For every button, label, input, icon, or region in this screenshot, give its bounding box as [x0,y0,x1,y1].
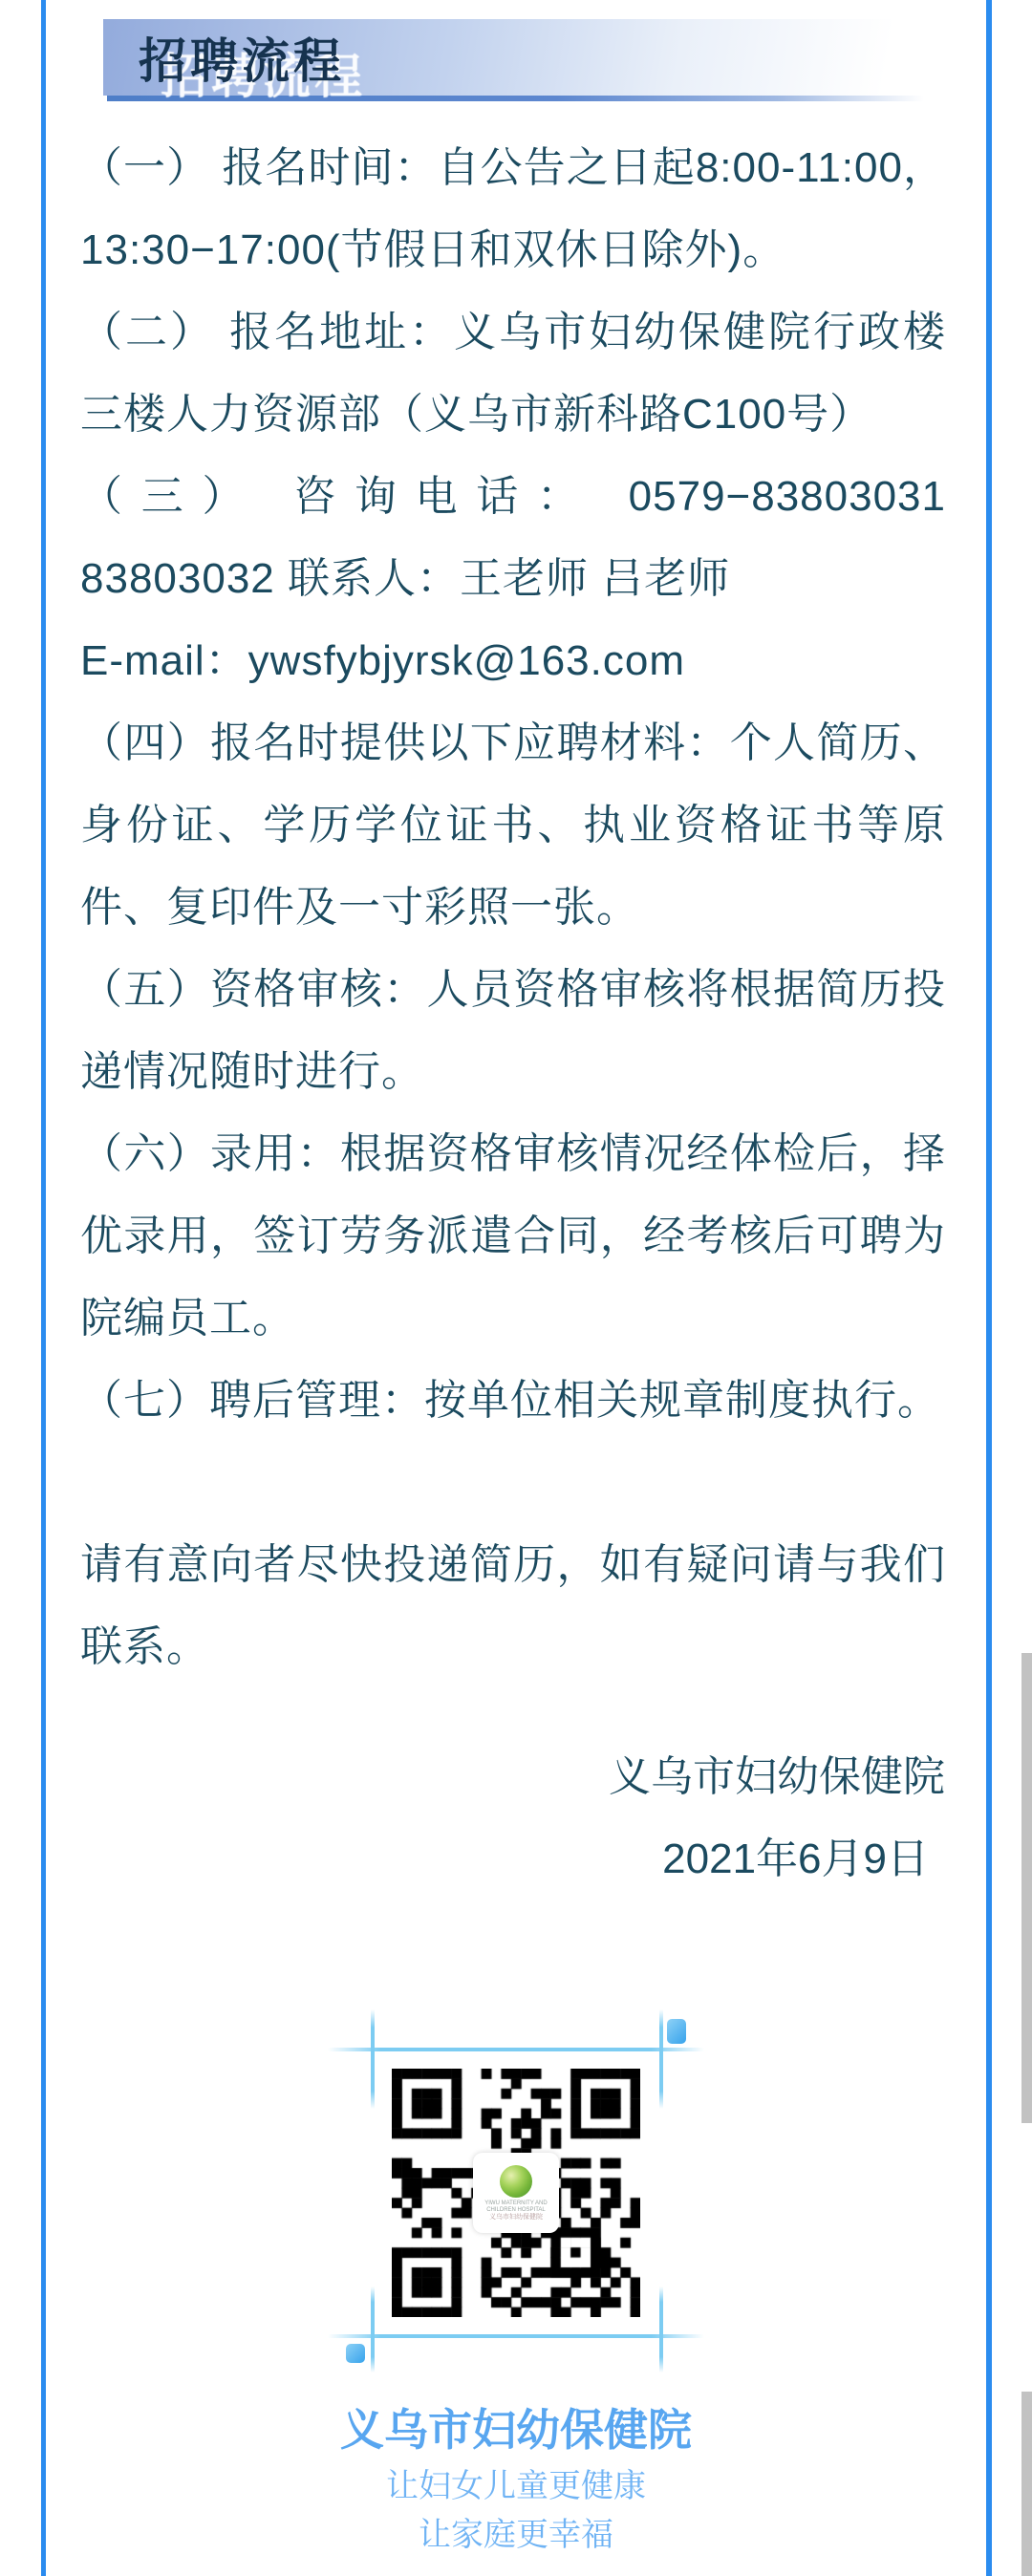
section-header-underline [107,96,924,101]
scrollbar-thumb-upper[interactable] [1021,1653,1032,2123]
body-paragraph: （三） 咨询电话： 0579−83803031 83803032 联系人：王老师… [80,456,946,620]
footer-slogan-line2: 让家庭更幸福 [0,2511,1032,2559]
section-title: 招聘流程 [103,23,345,92]
body-paragraph: E-mail：ywsfybjyrsk@163.com [80,620,946,702]
body-paragraph: （六）录用：根据资格审核情况经体检后，择优录用，签订劳务派遣合同，经考核后可聘为… [80,1113,946,1360]
qr-section: YIWU MATERNITY AND CHILDREN HOSPITAL 义乌市… [0,1997,1032,2389]
body-paragraph: （一） 报名时间：自公告之日起8:00-11:00，13:30−17:00(节假… [80,127,946,291]
viewfinder-line-top [328,2048,704,2051]
signature-date: 2021年6月9日 [0,1818,1032,1900]
viewfinder-line-bottom-right [659,2286,663,2372]
footer: 义乌市妇幼保健院 让妇女儿童更健康 让家庭更幸福 [0,2400,1032,2559]
signature-org: 义乌市妇幼保健院 [0,1736,1032,1818]
viewfinder-corner-square-bottom-left [346,2344,365,2363]
body-paragraph: （五）资格审核：人员资格审核将根据简历投递情况随时进行。 [80,949,946,1113]
scrollbar-thumb-lower[interactable] [1021,2392,1032,2576]
body-paragraph: （七）聘后管理：按单位相关规章制度执行。 [80,1360,946,1442]
footer-hospital-name: 义乌市妇幼保健院 [0,2400,1032,2459]
section-header-banner: 招聘流程 [103,19,924,96]
body-paragraph: 请有意向者尽快投递简历，如有疑问请与我们联系。 [80,1524,946,1688]
footer-slogan-line1: 让妇女儿童更健康 [0,2461,1032,2511]
signature-block: 义乌市妇幼保健院 2021年6月9日 [0,1736,1032,1900]
hospital-logo-badge: YIWU MATERNITY AND CHILDREN HOSPITAL 义乌市… [473,2153,559,2233]
article-page: 招聘流程 （一） 报名时间：自公告之日起8:00-11:00，13:30−17:… [0,0,1032,2576]
viewfinder-line-top-right [659,2009,663,2109]
viewfinder-line-bottom [328,2334,704,2338]
body-paragraph: （二） 报名地址：义乌市妇幼保健院行政楼三楼人力资源部（义乌市新科路C100号） [80,291,946,456]
hospital-logo-sphere-icon [500,2165,532,2198]
hospital-logo-text-en2: CHILDREN HOSPITAL [486,2207,546,2214]
hospital-logo-text-cn: 义乌市妇幼保健院 [489,2214,543,2221]
section-header: 招聘流程 [0,19,1032,101]
viewfinder-line-top-left [371,2009,375,2109]
announcement-body: （一） 报名时间：自公告之日起8:00-11:00，13:30−17:00(节假… [0,127,1032,1688]
viewfinder-corner-square-top-right [667,2019,686,2044]
viewfinder-line-bottom-left [371,2286,375,2372]
hospital-logo-text-en1: YIWU MATERNITY AND [484,2200,547,2207]
body-paragraph: （四）报名时提供以下应聘材料：个人简历、身份证、学历学位证书、执业资格证书等原件… [80,702,946,949]
